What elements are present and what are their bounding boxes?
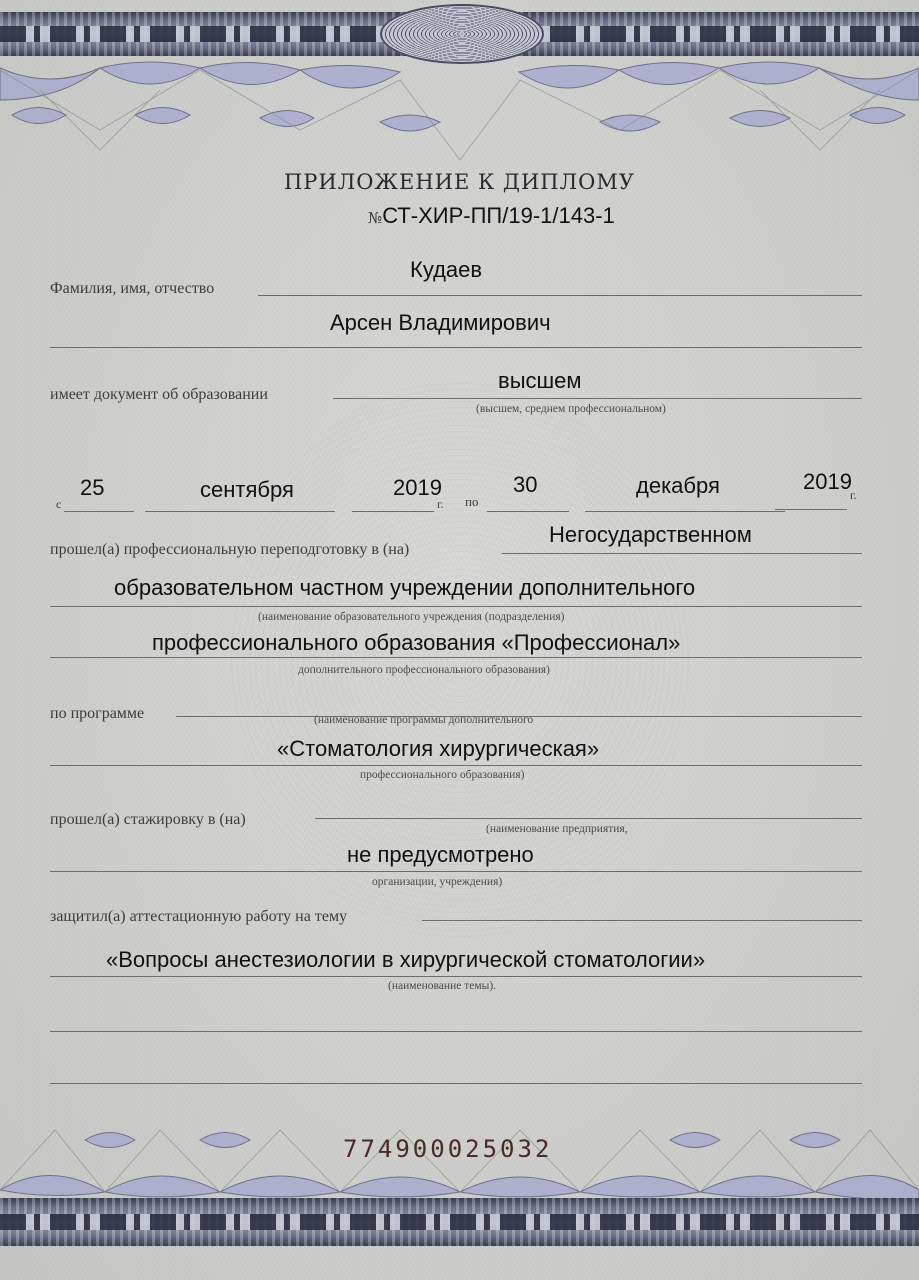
internship-value: не предусмотрено [347, 842, 534, 868]
education-level-hint: (высшем, среднем профессиональном) [476, 403, 666, 415]
document-number-value: СТ-ХИР-ПП/19-1/143-1 [382, 203, 615, 228]
education-level-value: высшем [498, 368, 582, 394]
to-day-line [487, 511, 569, 512]
given-names-value: Арсен Владимирович [330, 310, 551, 336]
institution-value-line-3: профессионального образования «Профессио… [152, 630, 680, 656]
education-line [333, 398, 862, 399]
top-center-medallion [380, 4, 544, 64]
full-name-line-1 [258, 295, 862, 296]
education-document-label: имеет документ об образовании [50, 386, 268, 404]
from-month-value: сентября [200, 477, 294, 503]
from-day-value: 25 [80, 475, 104, 501]
internship-hint-1: (наименование предприятия, [486, 823, 628, 835]
institution-line-1 [502, 553, 862, 554]
to-year-line [775, 509, 847, 510]
number-sign: № [368, 209, 382, 227]
program-hint-2: профессионального образования) [360, 769, 524, 781]
internship-label: прошел(а) стажировку в (на) [50, 811, 246, 829]
document-title: ПРИЛОЖЕНИЕ К ДИПЛОМУ [0, 170, 919, 194]
internship-line-2 [50, 871, 862, 872]
blank-line-1 [50, 1031, 862, 1032]
from-day-line [64, 511, 134, 512]
institution-line-3 [50, 657, 862, 658]
bottom-guilloche-border [0, 1198, 919, 1246]
from-year-value: 2019 [393, 475, 442, 501]
from-year-line [352, 511, 434, 512]
thesis-label: защитил(а) аттестационную работу на тему [50, 908, 347, 926]
institution-hint-1: (наименование образовательного учреждени… [258, 611, 564, 623]
thesis-line-1 [422, 920, 862, 921]
internship-hint-2: организации, учреждения) [372, 876, 502, 888]
retraining-label: прошел(а) профессиональную переподготовк… [50, 541, 409, 559]
border-chain-pattern [0, 1214, 919, 1230]
program-name-value: «Стоматология хирургическая» [277, 736, 599, 762]
to-month-line [585, 511, 785, 512]
thesis-topic-value: «Вопросы анестезиологии в хирургической … [106, 947, 705, 973]
from-month-line [145, 511, 335, 512]
blank-line-2 [50, 1083, 862, 1084]
institution-value-line-2: образовательном частном учреждении допол… [114, 575, 695, 601]
full-name-line-2 [50, 347, 862, 348]
thesis-line-2 [50, 976, 862, 977]
to-year-value: 2019 [803, 469, 852, 495]
diploma-supplement-page: ПРИЛОЖЕНИЕ К ДИПЛОМУ №СТ-ХИР-ПП/19-1/143… [0, 0, 919, 1280]
institution-value-line-1: Негосударственном [549, 522, 752, 548]
program-hint-1: (наименование программы дополнительного [314, 714, 533, 726]
internship-line-1 [315, 818, 862, 819]
full-name-label: Фамилия, имя, отчество [50, 280, 214, 298]
date-from-prefix: с [56, 497, 61, 512]
institution-hint-2: дополнительного профессионального образо… [298, 664, 550, 676]
surname-value: Кудаев [410, 257, 482, 283]
to-month-value: декабря [636, 473, 720, 499]
top-scallop-ornament [0, 60, 919, 170]
to-day-value: 30 [513, 472, 537, 498]
date-to-prefix: по [465, 494, 478, 510]
institution-line-2 [50, 606, 862, 607]
program-line-2 [50, 765, 862, 766]
year-suffix-2: г. [850, 488, 857, 503]
year-suffix-1: г. [437, 497, 444, 512]
document-number: №СТ-ХИР-ПП/19-1/143-1 [368, 203, 615, 229]
program-label: по программе [50, 705, 144, 723]
thesis-hint: (наименование темы). [388, 980, 496, 992]
serial-number: 774900025032 [343, 1135, 552, 1163]
